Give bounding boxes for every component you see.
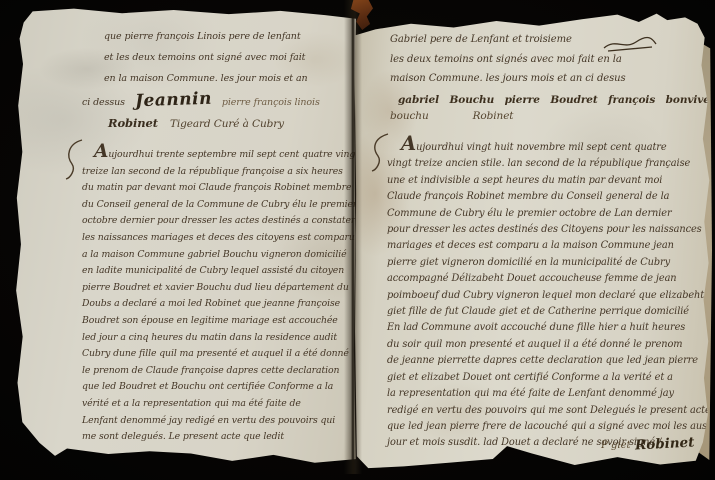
manuscript-line: Lenfant denommé jay redigé en vertu des … (82, 413, 359, 430)
manuscript-line: poimboeuf dud Cubry vigneron lequel mon … (387, 288, 711, 304)
manuscript-photo: que pierre françois Linois pere de lenfa… (0, 0, 715, 480)
manuscript-line: que led Boudret et Bouchu ont certifiée … (82, 379, 359, 396)
manuscript-line: en ladite municipalité de Cubry lequel a… (82, 263, 359, 280)
left-signature-row-2: Robinet Tigeard Curé à Cubry (108, 116, 284, 130)
manuscript-line: du soir quil mon presenté et auquel il a… (387, 337, 711, 353)
left-act-text: Aujourdhui trente septembre mil sept cen… (82, 144, 359, 446)
manuscript-line: giet et elizabet Douet ont certifié Conf… (387, 370, 711, 386)
signature-parent: Jeannin (135, 89, 213, 112)
manuscript-line: Boudret son épouse en legitime mariage e… (82, 313, 359, 330)
signature-co-signer: pierre françois linois (222, 97, 320, 108)
manuscript-line: une et indivisible a sept heures du mati… (387, 173, 711, 189)
manuscript-line: Aujourdhui trente septembre mil sept cen… (82, 144, 359, 164)
manuscript-line: mariages et deces est comparu a la maiso… (387, 238, 711, 254)
manuscript-line: pierre Boudret et xavier Bouchu dud lieu… (82, 280, 359, 297)
left-page: que pierre françois Linois pere de lenfa… (12, 4, 356, 466)
manuscript-line: accompagné Délizabeht Douet accoucheuse … (387, 271, 711, 287)
manuscript-line: les deux temoins ont signés avec moi fai… (390, 50, 626, 70)
manuscript-line: que led jean pierre frere de lacouché qu… (387, 419, 711, 435)
signature-witness-2: bouchu (390, 110, 429, 122)
manuscript-line: giet fille de fut Claude giet et de Cath… (387, 304, 711, 320)
manuscript-line: du matin par devant moi Claude françois … (82, 180, 359, 197)
manuscript-line: Gabriel pere de Lenfant et troisieme (390, 30, 626, 50)
manuscript-line: Doubs a declaré a moi led Robinet que je… (82, 296, 359, 313)
manuscript-line: me sont delegués. Le present acte que le… (82, 429, 359, 446)
signature-officiant-final: Robinet (634, 434, 694, 453)
closing-phrase: ci dessus (82, 97, 125, 108)
manuscript-line: a la maison Commune gabriel Bouchu vigne… (82, 247, 359, 264)
right-signature-row-1: gabriel Bouchu pierre Boudret françois b… (398, 94, 710, 106)
manuscript-line: en la maison Commune. les jour mois et a… (104, 68, 308, 89)
manuscript-line: octobre dernier pour dresser les actes d… (82, 213, 359, 230)
manuscript-line: pour dresser les actes destinés des Cito… (387, 222, 711, 238)
manuscript-line: En lad Commune avoit accouché dune fille… (387, 320, 711, 336)
signature-paraph: P giet (601, 440, 630, 451)
manuscript-line: la representation qui ma été faite de Le… (387, 386, 711, 402)
manuscript-line: du Conseil general de la Commune de Cubr… (82, 197, 359, 214)
manuscript-line: de jeanne pierrette dapres cette declara… (387, 353, 711, 369)
manuscript-line: vérité et a la representation qui ma été… (82, 396, 359, 413)
manuscript-line: redigé en vertu des pouvoirs qui me sont… (387, 403, 711, 419)
manuscript-line: Aujourdhui vingt huit novembre mil sept … (387, 136, 711, 156)
signature-officiant: Robinet (473, 110, 514, 122)
manuscript-line: led jour a cinq heures du matin dans la … (82, 330, 359, 347)
right-act-text: Aujourdhui vingt huit novembre mil sept … (387, 136, 711, 452)
right-closing-block: Gabriel pere de Lenfant et troisiemeles … (390, 30, 626, 89)
manuscript-line: que pierre françois Linois pere de lenfa… (104, 26, 308, 47)
right-signature-row-2: bouchu Robinet (390, 110, 513, 122)
manuscript-line: les naissances mariages et deces des cit… (82, 230, 359, 247)
manuscript-line: vingt treize ancien stile. lan second de… (387, 156, 711, 172)
manuscript-line: Cubry dune fille quil ma presenté et auq… (82, 346, 359, 363)
left-signature-row-1: ci dessus Jeannin pierre françois linois (82, 90, 320, 110)
manuscript-line: Commune de Cubry élu le premier octobre … (387, 206, 711, 222)
paraph-flourish-icon (602, 36, 658, 52)
manuscript-line: pierre giet vigneron domicilié en la mun… (387, 255, 711, 271)
manuscript-line: Claude françois Robinet membre du Consei… (387, 189, 711, 205)
signature-officiant: Robinet (108, 116, 158, 130)
right-page: Gabriel pere de Lenfant et troisiemeles … (354, 10, 710, 470)
signature-witness: Tigeard Curé à Cubry (170, 118, 284, 130)
final-signature: P giet Robinet (601, 436, 694, 452)
manuscript-line: maison Commune. les jours mois et an ci … (390, 69, 626, 89)
manuscript-line: et les deux temoins ont signé avec moi f… (104, 47, 308, 68)
manuscript-line: treize lan second de la république franç… (82, 164, 359, 181)
manuscript-line: le prenom de Claude françoise dapres cet… (82, 363, 359, 380)
left-closing-block: que pierre françois Linois pere de lenfa… (104, 26, 308, 89)
